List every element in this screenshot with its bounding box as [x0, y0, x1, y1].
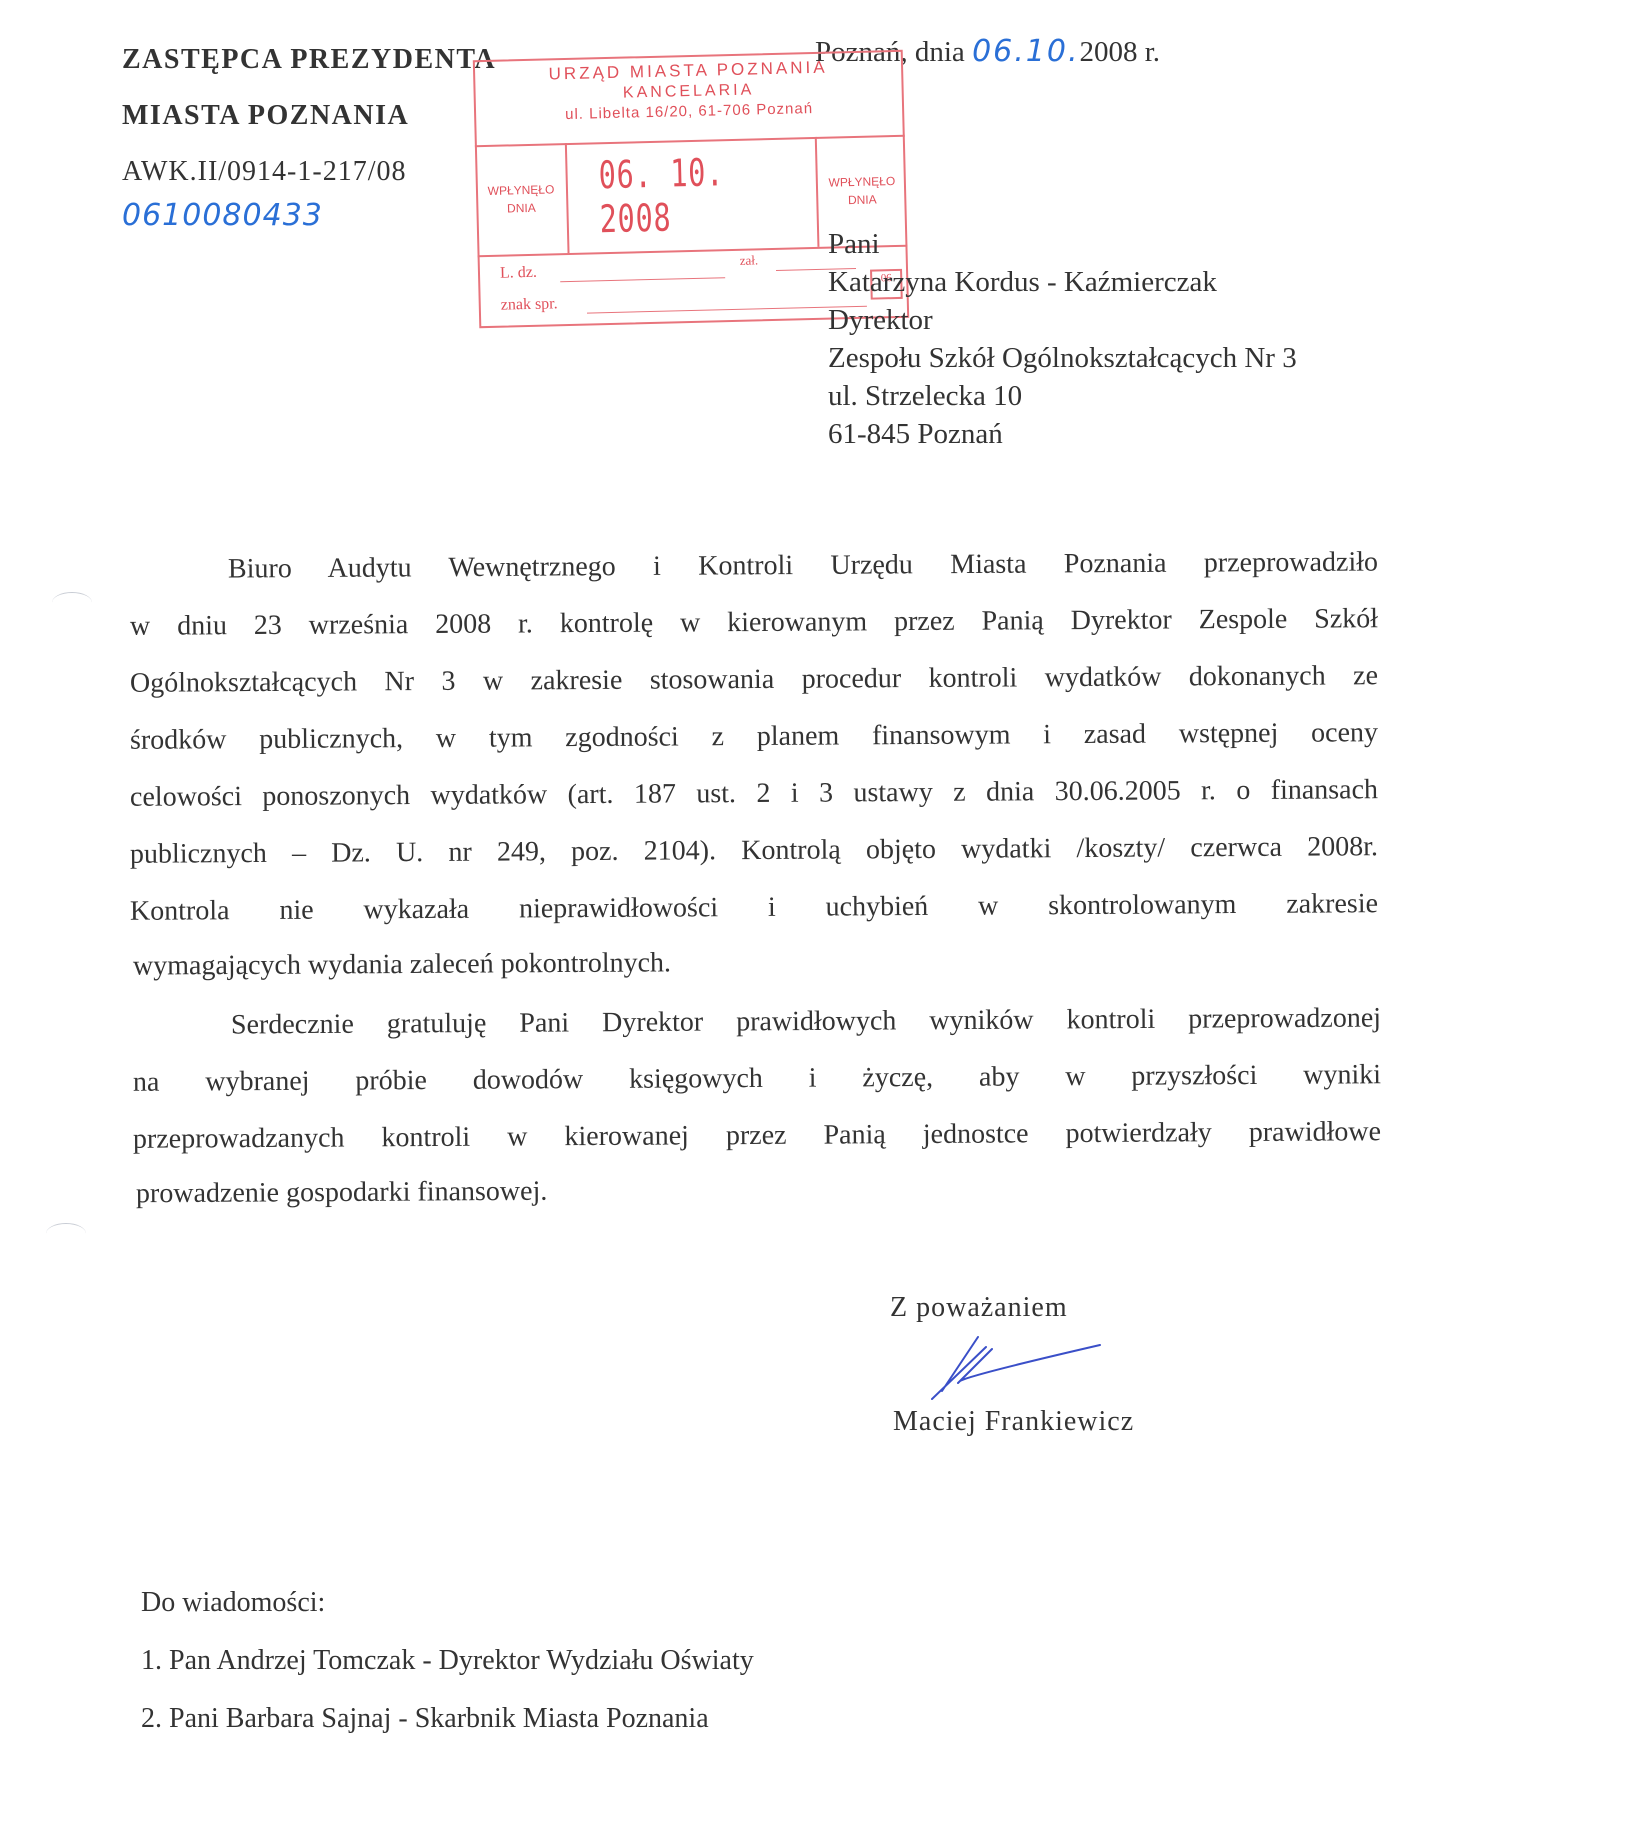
body-line: Ogólnokształcących Nr 3 w zakresie stoso…	[130, 660, 1378, 700]
stamp-znak-line	[587, 306, 867, 314]
stamp-label-text: DNIA	[848, 190, 877, 209]
handwritten-registry-number: 0610080433	[122, 198, 323, 233]
body-line: Serdecznie gratuluję Pani Dyrektor prawi…	[231, 1002, 1381, 1041]
stamp-label-text: WPŁYNĘŁO	[828, 172, 895, 192]
body-line: wymagających wydania zaleceń pokontrolny…	[133, 947, 671, 982]
cc-item-1: 1. Pan Andrzej Tomczak - Dyrektor Wydzia…	[141, 1645, 754, 1677]
body-line: prowadzenie gospodarki finansowej.	[136, 1176, 548, 1211]
body-line: Kontrola nie wykazała nieprawidłowości i…	[130, 888, 1378, 928]
stamp-ldz-label: L. dz.	[500, 264, 537, 283]
punch-hole-mark	[46, 1223, 86, 1244]
signatory-name: Maciej Frankiewicz	[893, 1406, 1134, 1438]
issuer-title-line1: ZASTĘPCA PREZYDENTA	[122, 44, 496, 76]
closing-salutation: Z poważaniem	[890, 1292, 1068, 1324]
recipient-salutation: Pani	[828, 225, 1297, 263]
reference-number: AWK.II/0914-1-217/08	[122, 156, 406, 188]
stamp-ldz-line	[560, 277, 725, 282]
body-line: publicznych – Dz. U. nr 249, poz. 2104).…	[130, 831, 1378, 871]
recipient-institution: Zespołu Szkół Ogólnokształcących Nr 3	[828, 339, 1297, 377]
body-line: na wybranej próbie dowodów księgowych i …	[133, 1059, 1381, 1099]
stamp-znak-label: znak spr.	[501, 295, 558, 314]
handwritten-date: 06.10.	[972, 34, 1079, 69]
recipient-name: Katarzyna Kordus - Kaźmierczak	[828, 263, 1297, 301]
stamp-label-text: WPŁYNĘŁO	[487, 180, 554, 200]
signature-icon	[930, 1335, 1110, 1405]
stamp-received-date: 06. 10. 2008	[598, 138, 787, 253]
recipient-address: Pani Katarzyna Kordus - Kaźmierczak Dyre…	[828, 225, 1297, 453]
body-line: przeprowadzanych kontroli w kierowanej p…	[133, 1116, 1381, 1156]
recipient-street: ul. Strzelecka 10	[828, 377, 1297, 415]
punch-hole-mark	[52, 592, 92, 613]
body-line: w dniu 23 września 2008 r. kontrolę w ki…	[130, 603, 1378, 643]
body-line: Biuro Audytu Wewnętrznego i Kontroli Urz…	[228, 546, 1378, 585]
recipient-city: 61-845 Poznań	[828, 415, 1297, 453]
stamp-label-text: DNIA	[507, 199, 536, 218]
issuer-title-line2: MIASTA POZNANIA	[122, 100, 409, 132]
body-line: celowości ponoszonych wydatków (art. 187…	[130, 774, 1378, 814]
recipient-position: Dyrektor	[828, 301, 1297, 339]
stamp-zal-label: zał.	[740, 252, 759, 268]
stamp-header: URZĄD MIASTA POZNANIA KANCELARIA ul. Lib…	[473, 50, 905, 147]
stamp-received-label-left: WPŁYNĘŁO DNIA	[475, 143, 570, 255]
cc-heading: Do wiadomości:	[141, 1587, 325, 1619]
date-suffix: 2008 r.	[1079, 36, 1160, 68]
cc-item-2: 2. Pani Barbara Sajnaj - Skarbnik Miasta…	[141, 1703, 709, 1735]
body-line: środków publicznych, w tym zgodności z p…	[130, 717, 1378, 757]
